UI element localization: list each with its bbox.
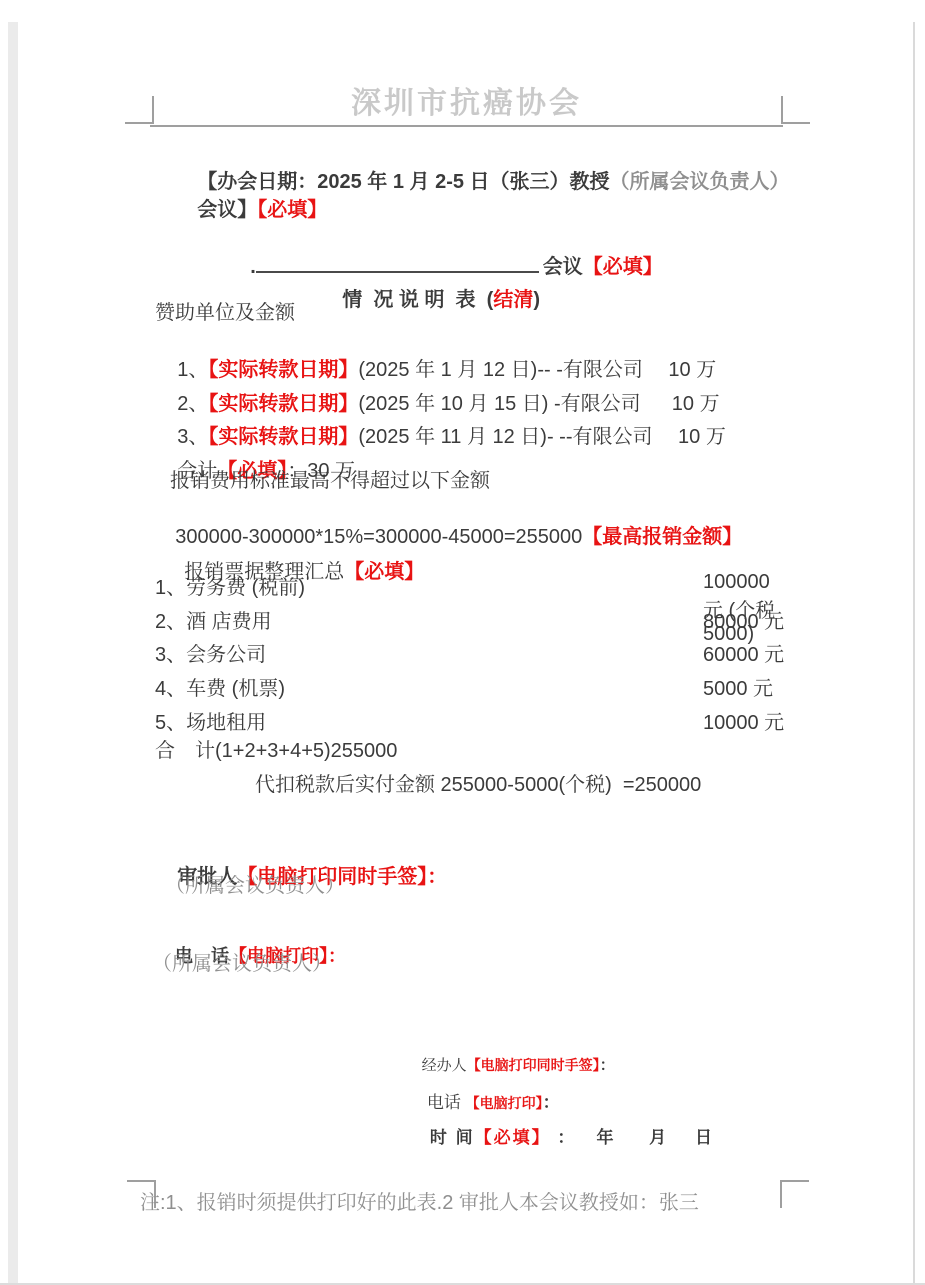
expense2-amount: 80000 元 (703, 605, 784, 634)
expense-total: 合 计(1+2+3+4+5)255000 (155, 740, 397, 763)
limit-formula-tag: 【最高报销金额】 (582, 526, 742, 548)
expense-row: 1、劳务费 (税前)100000 元 (个税 5000) (155, 571, 795, 600)
date-fields: ： 年 月 日 (551, 1128, 714, 1147)
expense5-amount: 10000 元 (703, 706, 784, 735)
operator-date-line: 时 间【必填】 ： 年 月 日 (403, 1108, 714, 1167)
footer-note: 注:1、报销时须提供打印好的此表.2 审批人本会议教授如：张三 (140, 1192, 699, 1215)
form-title-open: 情 况 说 明 表 ( (342, 289, 493, 311)
form-title-status: 结清 (493, 289, 533, 311)
document-page: 深圳市抗癌协会 【办会日期：2025 年 1 月 2-5 日（张三）教授（所属会… (0, 0, 925, 1285)
header-rule (150, 125, 783, 127)
expense-row: 3、会务公司60000 元 (155, 638, 795, 667)
expense-row: 4、车费 (机票)5000 元 (155, 672, 795, 701)
sponsor-heading: 赞助单位及金额 (155, 302, 295, 325)
operator-colon: ： (600, 1057, 615, 1074)
footer-margin-mark-right (780, 1180, 809, 1208)
page-title: 深圳市抗癌协会 (150, 78, 783, 122)
page-right-edge (913, 22, 915, 1285)
approver-note: （所属会议负责人） (165, 875, 345, 898)
date-label: 时 间 (430, 1128, 475, 1147)
date-required: 【必填】 (475, 1128, 551, 1147)
intro-line2-required: 【必填】 (257, 199, 327, 221)
header-margin-mark-left (125, 96, 154, 124)
expense2-label: 2、酒 店费用 (155, 611, 272, 633)
limit-heading: 报销费用标准最高不得超过以下金额 (170, 470, 490, 493)
expense1-label: 1、劳务费 (税前) (155, 577, 305, 599)
expense-row: 2、酒 店费用80000 元 (155, 605, 795, 634)
intro-line1-gray: （所属会议负责人） (610, 171, 790, 193)
operator-label: 经办人 (422, 1057, 467, 1074)
expense4-label: 4、车费 (机票) (155, 678, 285, 700)
expense4-amount: 5000 元 (703, 672, 773, 701)
sponsor-row3-rest: (2025 年 11 月 12 日)- --有限公司 10 万 (358, 426, 726, 448)
header-margin-mark-right (781, 96, 810, 124)
expense3-label: 3、会务公司 (155, 644, 266, 666)
form-title-close: ) (533, 289, 540, 311)
expense-after-tax: 代扣税款后实付金额 255000-5000(个税) =250000 (255, 774, 701, 797)
operator-print-tag: 【电脑打印同时手签】 (467, 1057, 600, 1073)
expense5-label: 5、场地租用 (155, 712, 266, 734)
page-left-edge (8, 22, 18, 1285)
expense-row: 5、场地租用10000 元 (155, 706, 795, 735)
expense3-amount: 60000 元 (703, 638, 784, 667)
phone-note: （所属会议负责人） (152, 953, 332, 976)
intro-line2-black: 会议】 (197, 199, 257, 221)
